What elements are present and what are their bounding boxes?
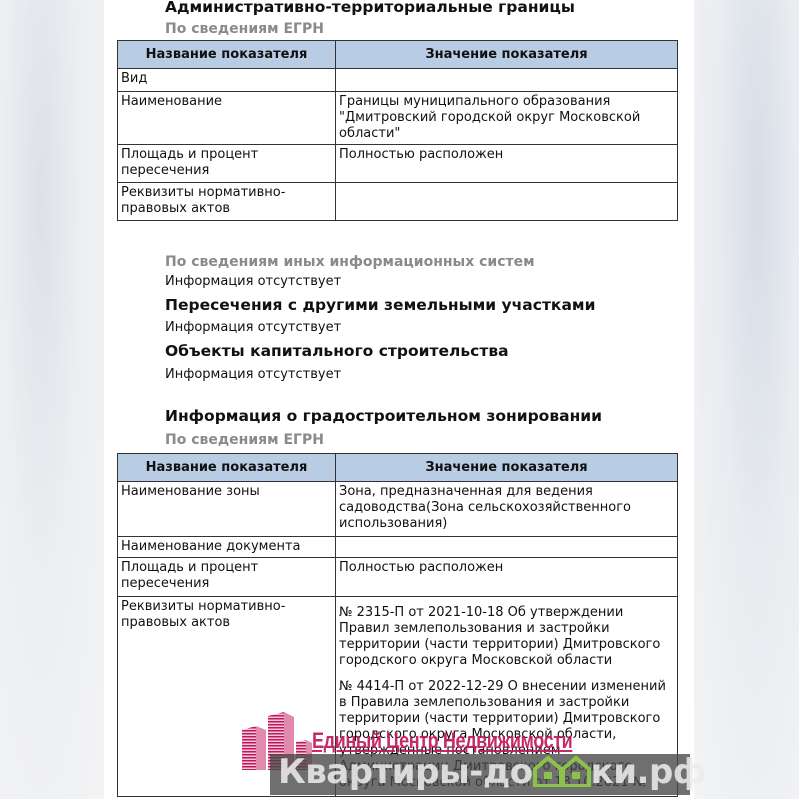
- row-name: Реквизиты нормативно-правовых актов: [118, 183, 336, 221]
- other-systems-info: Информация отсутствует: [165, 274, 341, 289]
- capital-objects-info: Информация отсутствует: [165, 367, 341, 382]
- row-name: Вид: [118, 69, 336, 92]
- table-row: Реквизиты нормативно-правовых актов: [118, 183, 678, 221]
- header-indicator-value: Значение показателя: [336, 454, 678, 482]
- section-title-zoning: Информация о градостроительном зонирован…: [165, 407, 602, 425]
- row-value: [336, 537, 678, 558]
- row-name: Наименование зоны: [118, 482, 336, 537]
- watermark-logo-text: Единый Центр Недвижимости: [312, 728, 572, 754]
- header-indicator-value: Значение показателя: [336, 41, 678, 69]
- admin-boundaries-table: Название показателя Значение показателя …: [117, 40, 678, 221]
- row-value: Полностью расположен: [336, 558, 678, 597]
- watermark-site-suffix: ки.рф: [591, 752, 706, 792]
- blurred-background-right: [694, 0, 799, 799]
- header-indicator-name: Название показателя: [118, 41, 336, 69]
- row-name: Наименование: [118, 92, 336, 145]
- row-name: Площадь и процент пересечения: [118, 558, 336, 597]
- table-row: Вид: [118, 69, 678, 92]
- watermark-site-name: Квартиры-до ки.рф: [278, 752, 706, 792]
- section-title-intersections: Пересечения с другими земельными участка…: [165, 296, 595, 314]
- row-value: Полностью расположен: [336, 145, 678, 183]
- row-value: Границы муниципального образования "Дмит…: [336, 92, 678, 145]
- source-label-egrn-zoning: По сведениям ЕГРН: [165, 432, 324, 448]
- table-row: Площадь и процент пересечения Полностью …: [118, 145, 678, 183]
- table-row: Наименование документа: [118, 537, 678, 558]
- row-name: Наименование документа: [118, 537, 336, 558]
- row-value: [336, 183, 678, 221]
- row-value: [336, 69, 678, 92]
- table-header-row: Название показателя Значение показателя: [118, 454, 678, 482]
- source-label-egrn: По сведениям ЕГРН: [165, 21, 324, 37]
- table-header-row: Название показателя Значение показателя: [118, 41, 678, 69]
- blurred-background-left: [0, 0, 104, 799]
- table-row: Наименование зоны Зона, предназначенная …: [118, 482, 678, 537]
- section-title-capital-objects: Объекты капитального строительства: [165, 342, 509, 360]
- table-row: Площадь и процент пересечения Полностью …: [118, 558, 678, 597]
- watermark-site-prefix: Квартиры-до: [278, 752, 533, 792]
- header-indicator-name: Название показателя: [118, 454, 336, 482]
- table-row: Наименование Границы муниципального обра…: [118, 92, 678, 145]
- section-title-admin-boundaries: Административно-территориальные границы: [165, 0, 575, 16]
- source-label-other-systems: По сведениям иных информационных систем: [165, 254, 535, 270]
- intersections-info: Информация отсутствует: [165, 320, 341, 335]
- row-value: Зона, предназначенная для ведения садово…: [336, 482, 678, 537]
- row-name: Площадь и процент пересечения: [118, 145, 336, 183]
- legal-act-2315: № 2315-П от 2021-10-18 Об утверждении Пр…: [339, 605, 674, 669]
- house-icon: [533, 755, 591, 787]
